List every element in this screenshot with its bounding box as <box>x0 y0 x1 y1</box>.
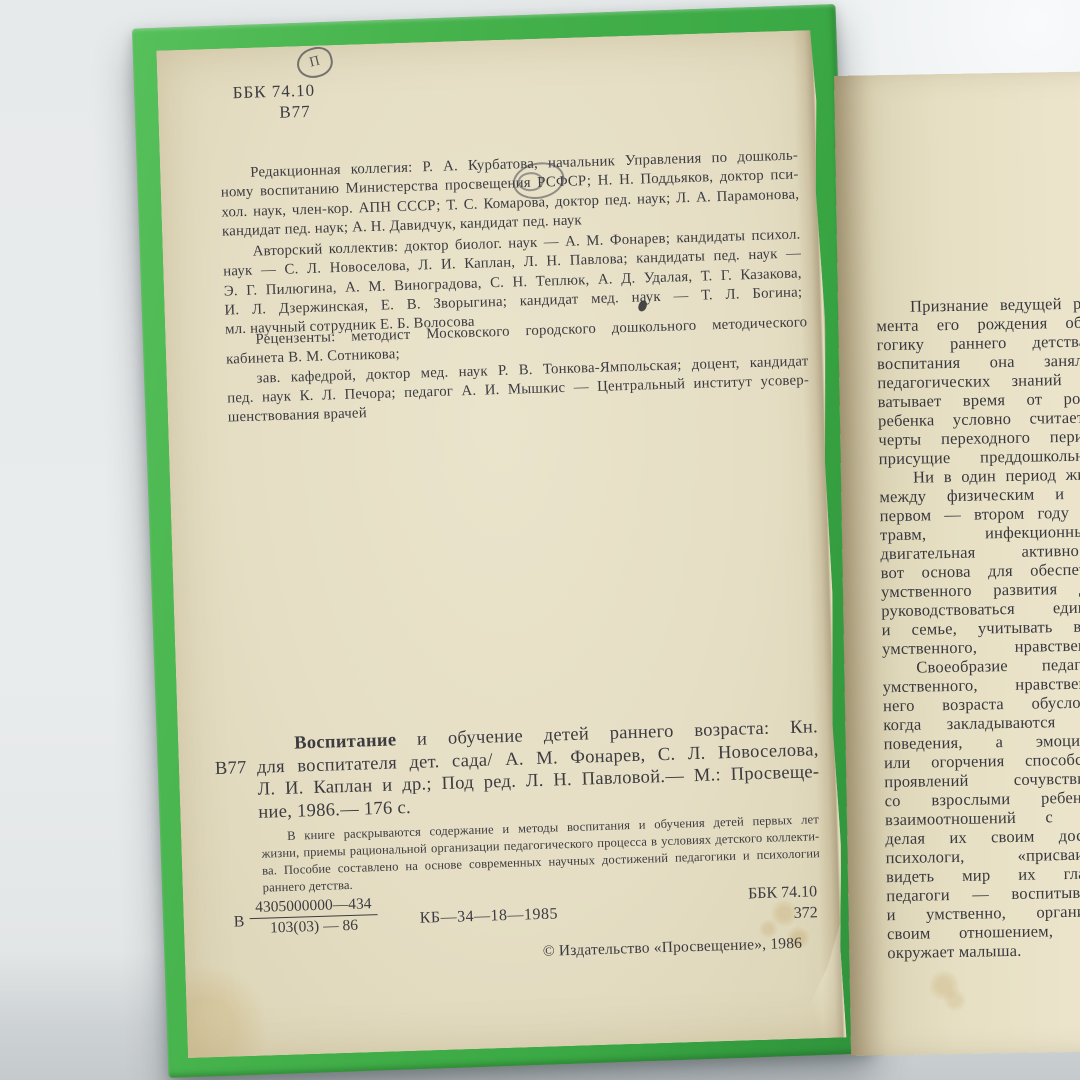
pencil-mark-letter: П <box>308 54 322 72</box>
udc-number: 372 <box>748 902 818 925</box>
reviewers-paragraph: Рецензенты: методист Московского городск… <box>225 313 810 428</box>
bbk-number: ББК 74.10 <box>748 881 818 904</box>
catalog-fraction: 4305000000—434 103(03) — 86 <box>249 895 378 938</box>
bbk-classification: ББК 74.10 В77 <box>232 80 316 125</box>
photo-background: Признание ведущей ромента его рождения о… <box>0 0 1080 1080</box>
catalog-prefix: В <box>233 913 244 931</box>
title-emphasis: Воспитание <box>294 730 397 753</box>
author-sign: В77 <box>279 101 316 123</box>
catalog-author-sign: В77 <box>215 757 247 781</box>
text-line: своим отношением, вы <box>887 920 1080 943</box>
pencil-mark-icon: П <box>294 44 336 82</box>
bbk-code: ББК 74.10 <box>232 80 315 104</box>
right-page-text: Признание ведущей ромента его рождения о… <box>876 293 1080 962</box>
text-line: окружает малыша. <box>887 939 1080 962</box>
catalog-denominator: 103(03) — 86 <box>250 915 379 938</box>
catalog-order-code: КБ—34—18—1985 <box>419 905 558 927</box>
right-page: Признание ведущей ромента его рождения о… <box>834 71 1080 1055</box>
catalog-bbk-block: ББК 74.10 372 <box>748 881 818 925</box>
bibliographic-entry: В77 Воспитание и обучение детей раннего … <box>214 716 821 825</box>
left-page: П ББК 74.10 В77 Редакционная коллегия: Р… <box>156 30 847 1058</box>
